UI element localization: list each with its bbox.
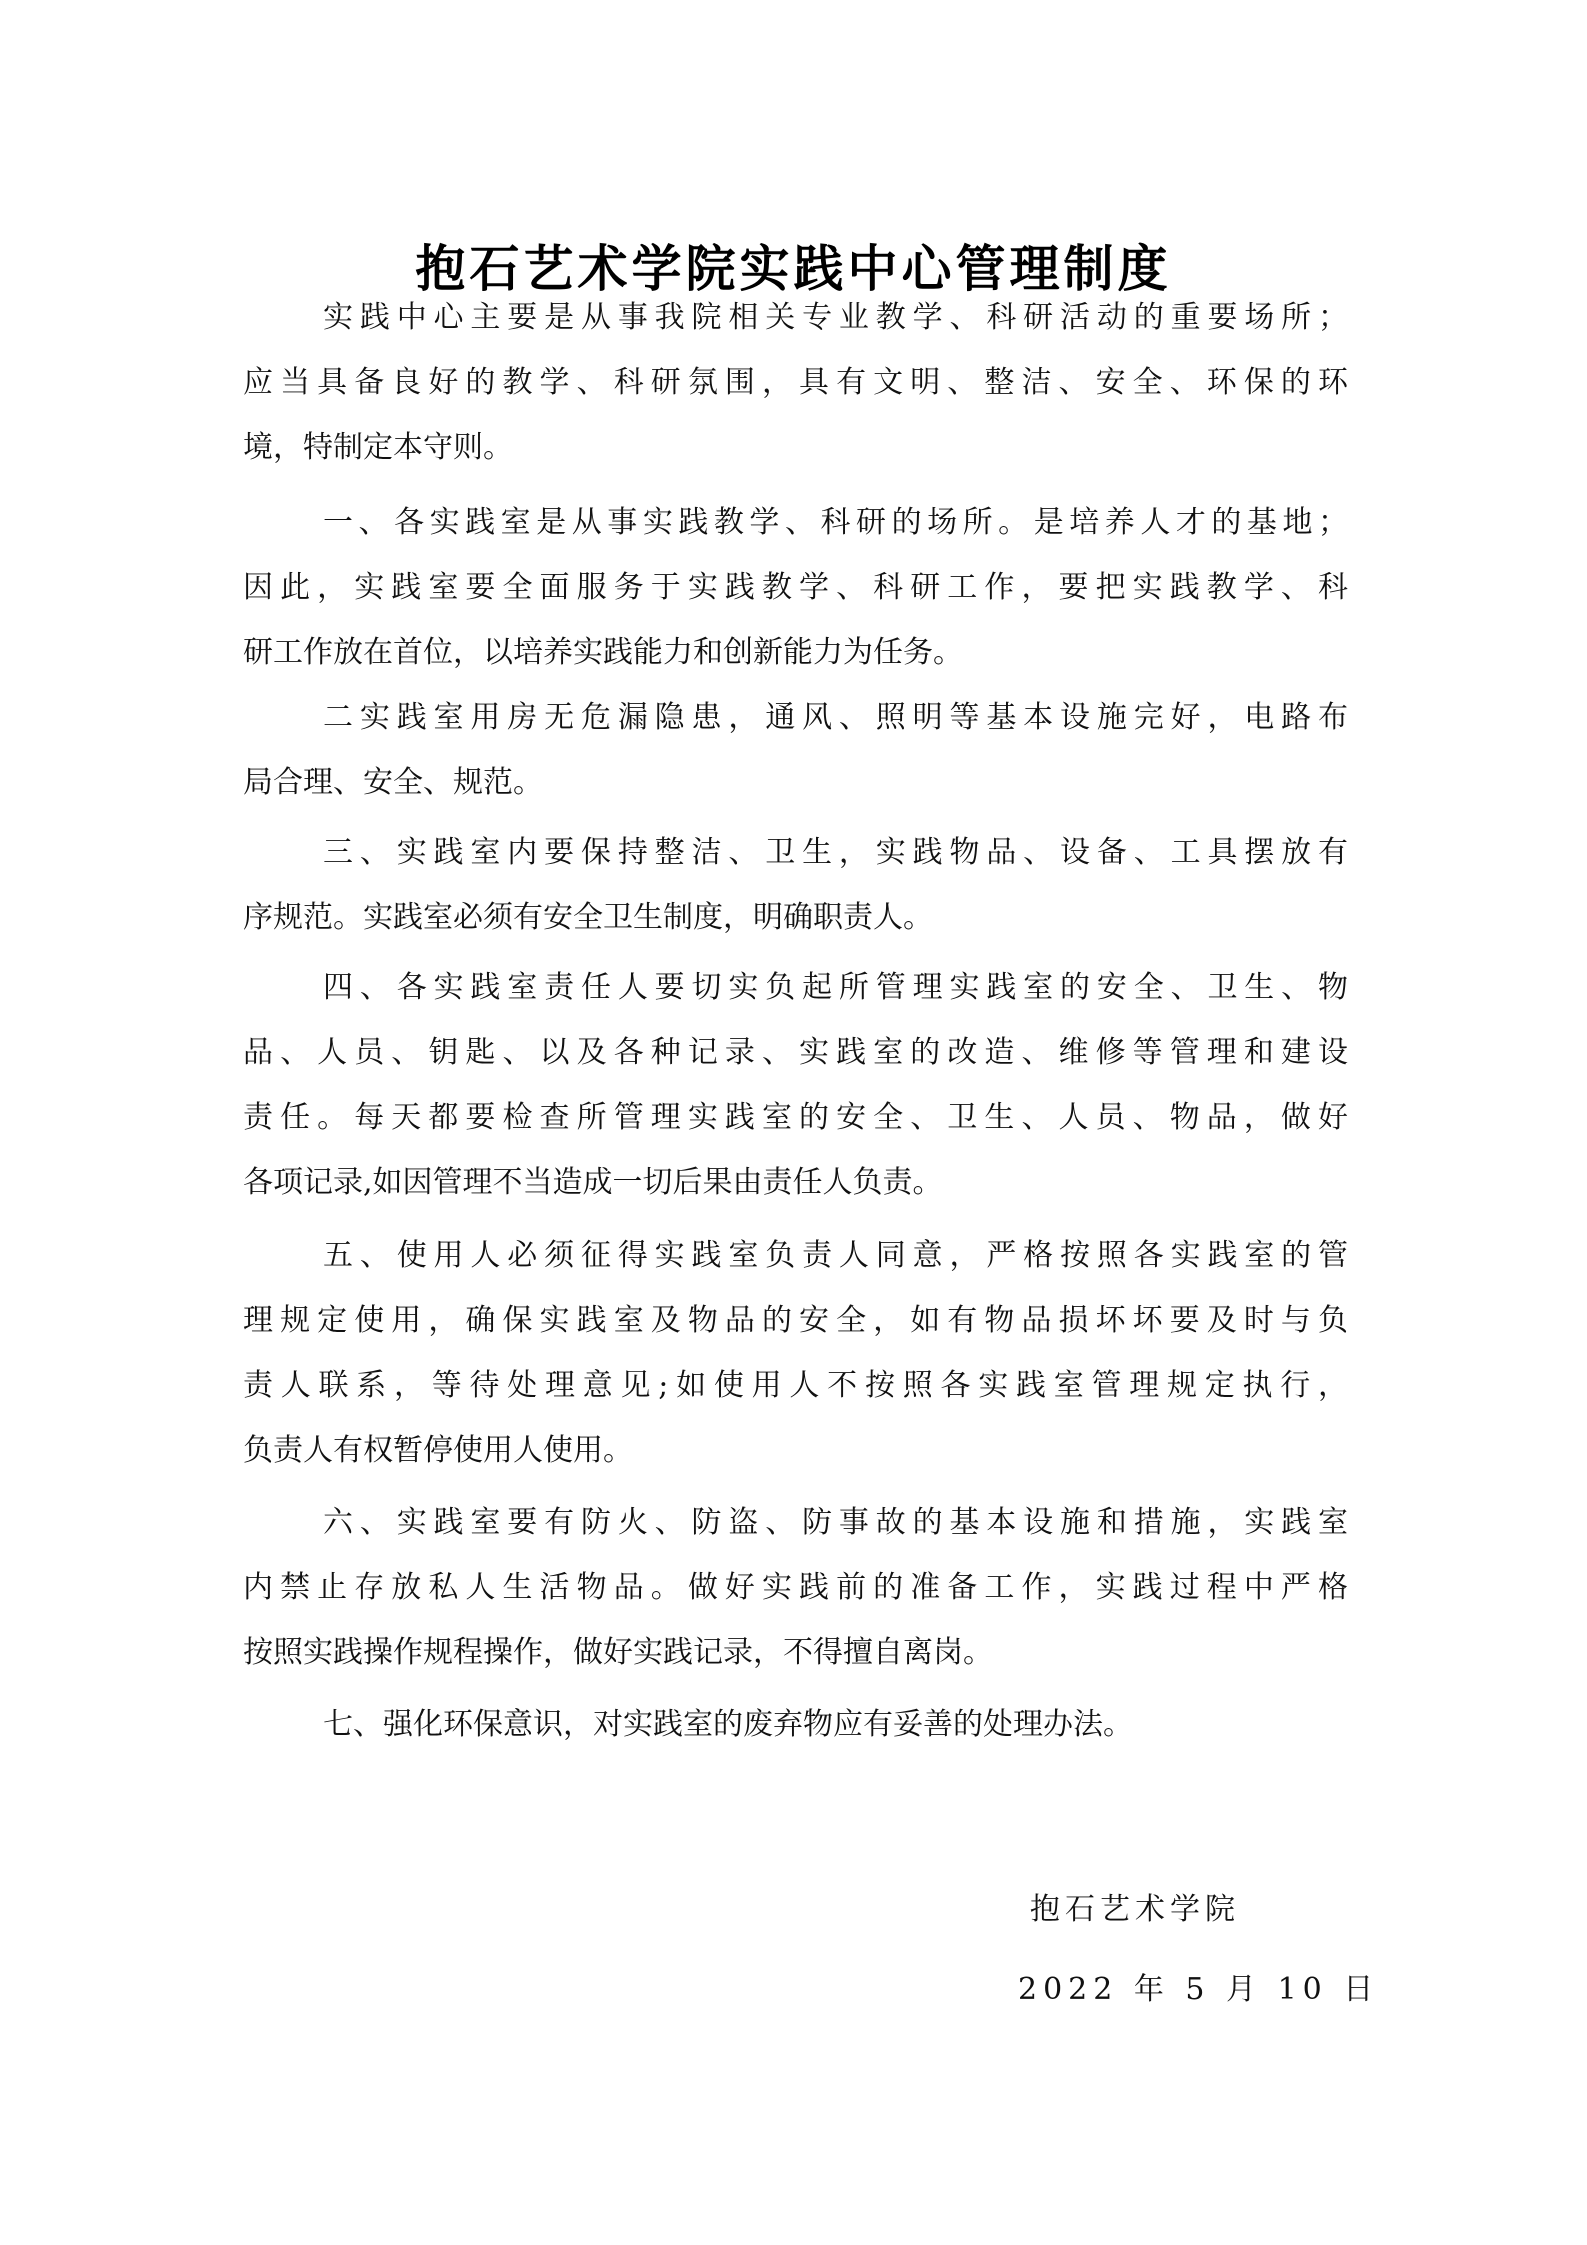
paragraph-line: 三、实践室内要保持整洁、卫生，实践物品、设备、工具摆放有 <box>243 833 1348 873</box>
paragraph-line: 二实践室用房无危漏隐患，通风、照明等基本设施完好，电路布 <box>243 698 1348 738</box>
paragraph-line: 品、人员、钥匙、以及各种记录、实践室的改造、维修等管理和建设 <box>243 1033 1348 1073</box>
paragraph-line: 理规定使用，确保实践室及物品的安全，如有物品损坏坏要及时与负 <box>243 1301 1348 1341</box>
paragraph-line: 五、使用人必须征得实践室负责人同意，严格按照各实践室的管 <box>243 1236 1348 1276</box>
paragraph-line: 境，特制定本守则。 <box>243 428 1348 468</box>
paragraph-line: 应当具备良好的教学、科研氛围，具有文明、整洁、安全、环保的环 <box>243 363 1348 403</box>
paragraph-line: 研工作放在首位，以培养实践能力和创新能力为任务。 <box>243 633 1348 673</box>
paragraph-line: 实践中心主要是从事我院相关专业教学、科研活动的重要场所； <box>243 298 1348 338</box>
paragraph-line: 责人联系，等待处理意见;如使用人不按照各实践室管理规定执行， <box>243 1366 1348 1406</box>
paragraph-line: 一、各实践室是从事实践教学、科研的场所。是培养人才的基地； <box>243 503 1348 543</box>
signature-date: 2022 年 5 月 10 日 <box>1018 1970 1379 2010</box>
paragraph-line: 四、各实践室责任人要切实负起所管理实践室的安全、卫生、物 <box>243 968 1348 1008</box>
paragraph-line: 责任。每天都要检查所管理实践室的安全、卫生、人员、物品，做好 <box>243 1098 1348 1138</box>
paragraph-line: 内禁止存放私人生活物品。做好实践前的准备工作，实践过程中严格 <box>243 1568 1348 1608</box>
paragraph-line: 局合理、安全、规范。 <box>243 763 1348 803</box>
signature-organization: 抱石艺术学院 <box>1030 1890 1240 1930</box>
paragraph-line: 六、实践室要有防火、防盗、防事故的基本设施和措施，实践室 <box>243 1503 1348 1543</box>
paragraph-line: 因此，实践室要全面服务于实践教学、科研工作，要把实践教学、科 <box>243 568 1348 608</box>
paragraph-line: 七、强化环保意识，对实践室的废弃物应有妥善的处理办法。 <box>243 1705 1348 1745</box>
document-page: 抱石艺术学院实践中心管理制度 实践中心主要是从事我院相关专业教学、科研活动的重要… <box>0 0 1587 2245</box>
paragraph-line: 各项记录,如因管理不当造成一切后果由责任人负责。 <box>243 1163 1348 1203</box>
document-title: 抱石艺术学院实践中心管理制度 <box>0 239 1587 299</box>
paragraph-line: 按照实践操作规程操作，做好实践记录，不得擅自离岗。 <box>243 1633 1348 1673</box>
paragraph-line: 序规范。实践室必须有安全卫生制度，明确职责人。 <box>243 898 1348 938</box>
paragraph-line: 负责人有权暂停使用人使用。 <box>243 1431 1348 1471</box>
